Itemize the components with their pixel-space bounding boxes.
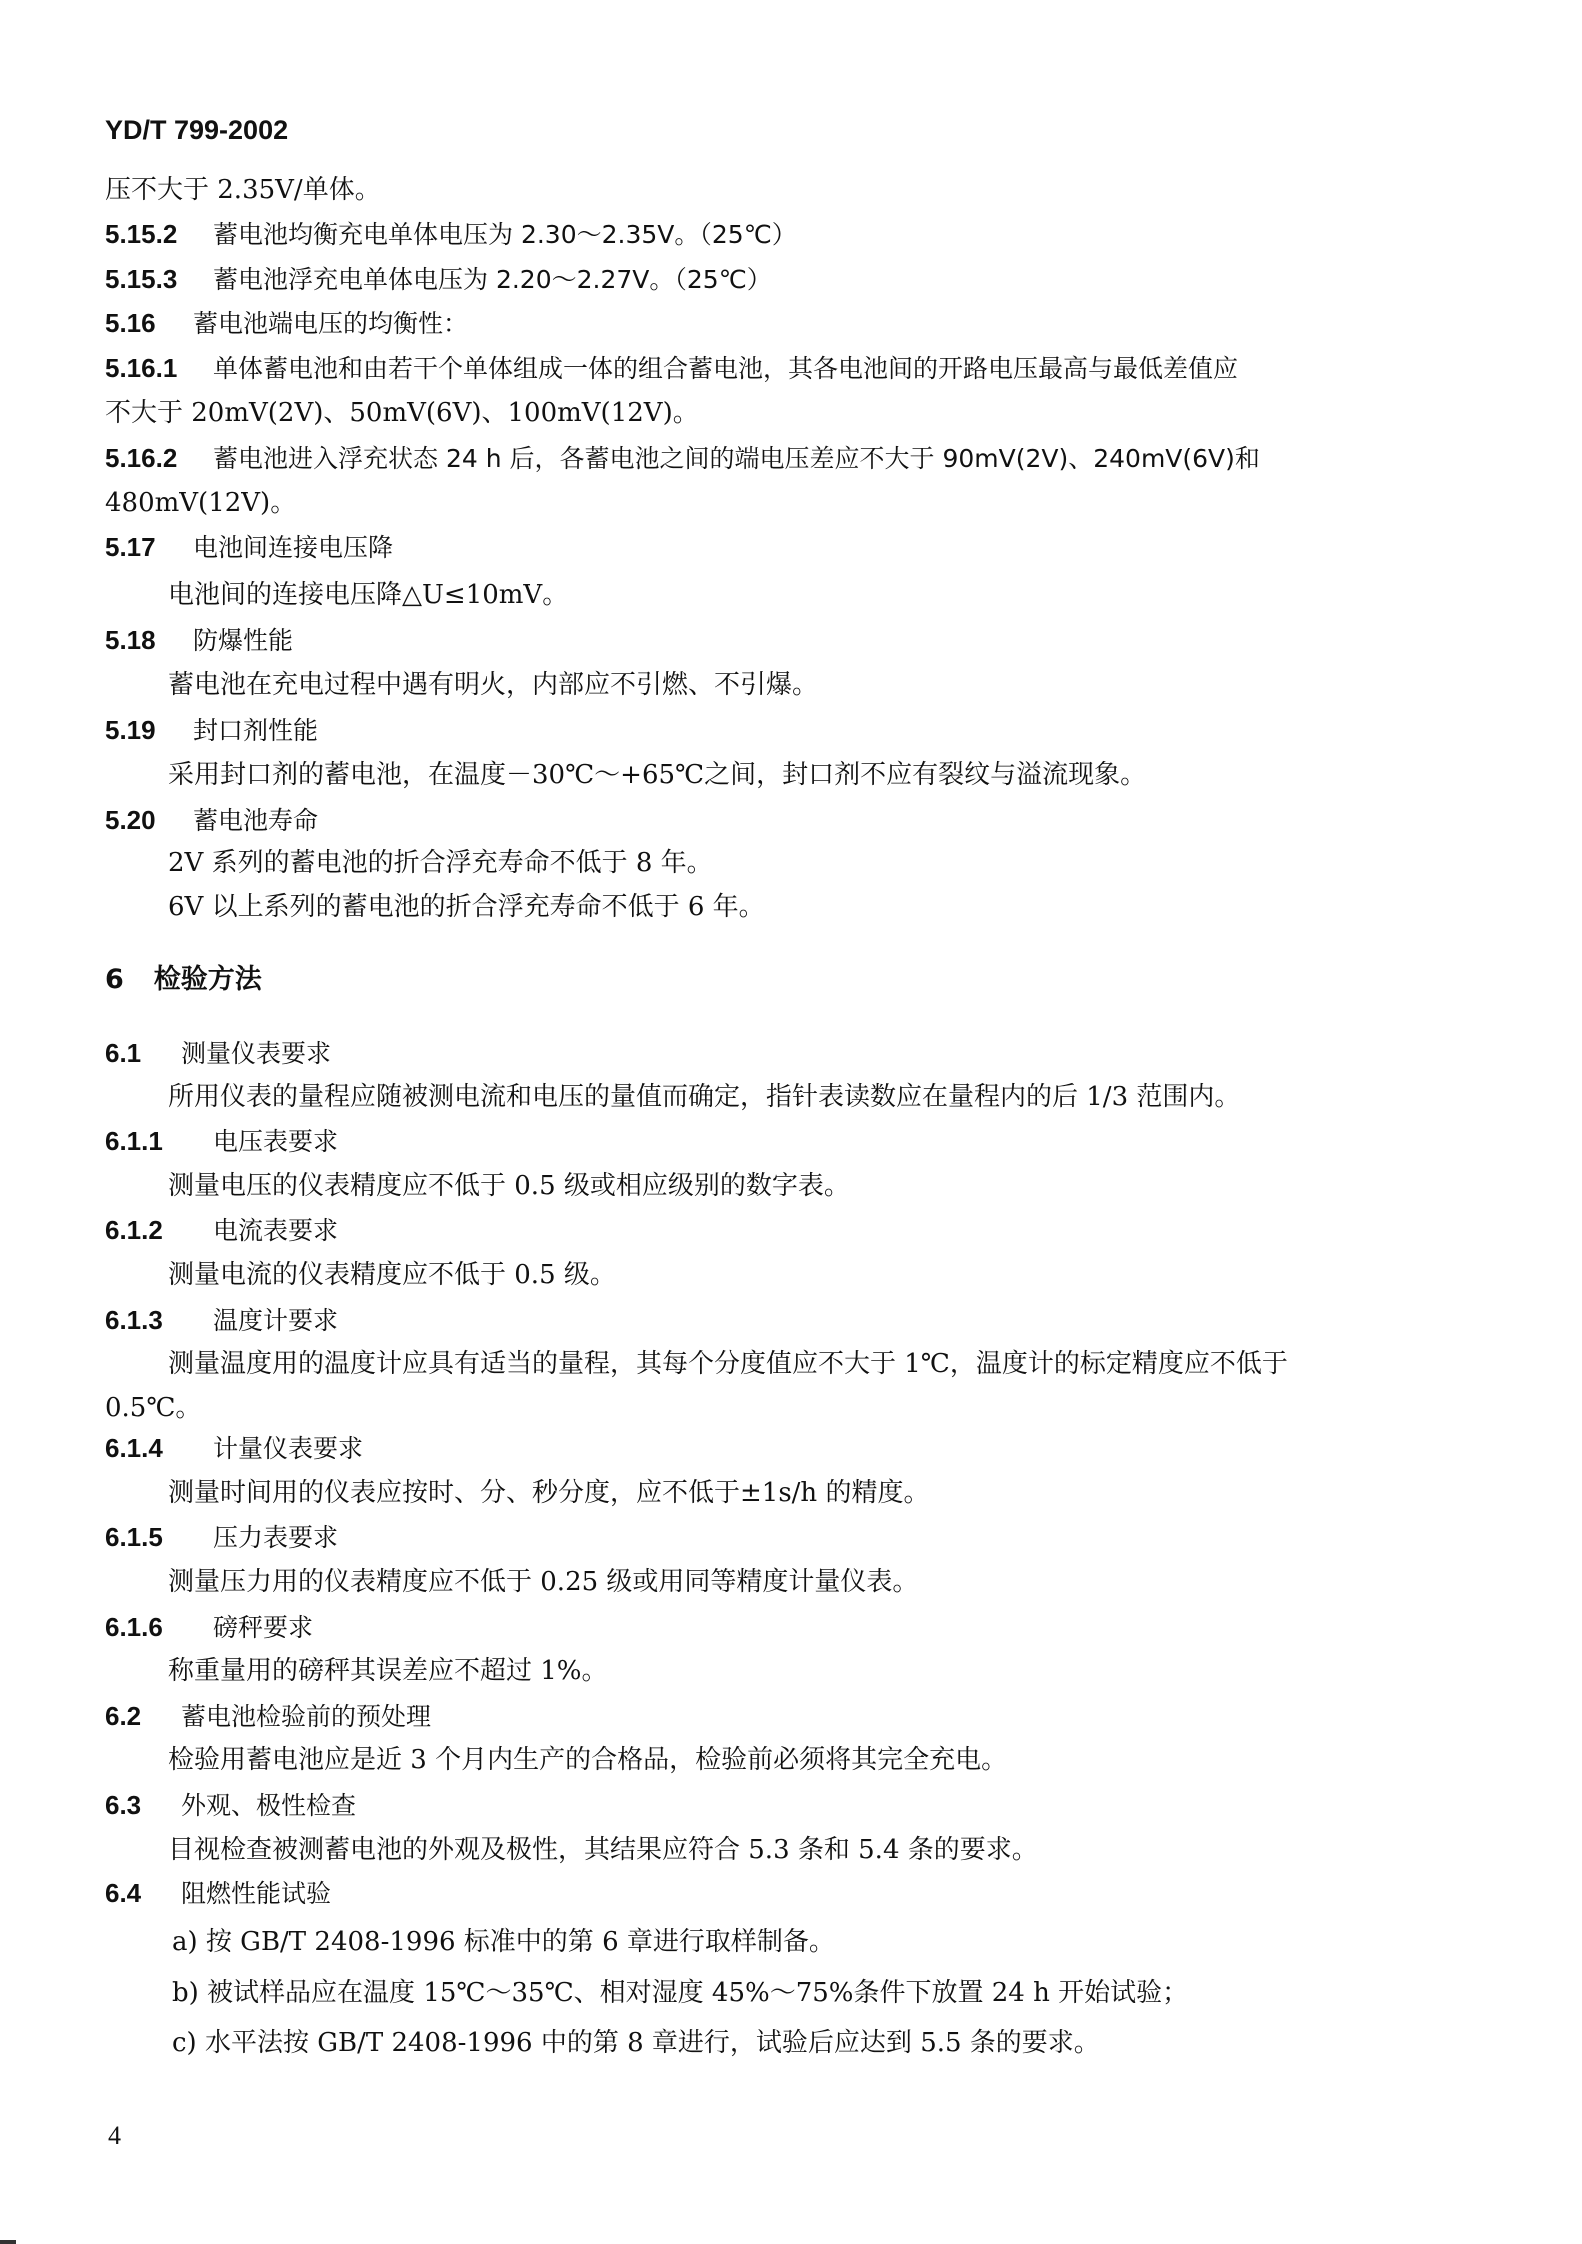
clause-number: 5.16.1 — [105, 351, 213, 385]
clause-number: 6.3 — [105, 1788, 181, 1822]
clause-line: 5.20蓄电池寿命 — [105, 803, 318, 838]
body-text-line: 压不大于 2.35V/单体。 — [105, 173, 381, 207]
body-text-line: 测量电压的仪表精度应不低于 0.5 级或相应级别的数字表。 — [168, 1169, 850, 1203]
scan-artifact — [0, 2240, 16, 2244]
clause-number: 6.1.4 — [105, 1431, 213, 1465]
paragraph-text: a) 按 GB/T 2408-1996 标准中的第 6 章进行取样制备。 — [172, 1927, 835, 1957]
clause-line: 6.1.6磅秤要求 — [105, 1610, 313, 1645]
clause-number: 6.1 — [105, 1036, 181, 1070]
clause-text: 蓄电池寿命 — [193, 806, 318, 835]
clause-text: 电压表要求 — [213, 1127, 338, 1156]
clause-line: 6.3外观、极性检查 — [105, 1788, 356, 1823]
paragraph-text: 480mV(12V)。 — [105, 488, 296, 518]
clause-number: 6.2 — [105, 1699, 181, 1733]
body-text-line: 测量电流的仪表精度应不低于 0.5 级。 — [168, 1258, 616, 1292]
clause-number: 6.4 — [105, 1876, 181, 1910]
body-text-line: 测量温度用的温度计应具有适当的量程，其每个分度值应不大于 1℃，温度计的标定精度… — [168, 1347, 1288, 1381]
chapter-title: 检验方法 — [154, 964, 262, 995]
clause-text: 电池间连接电压降 — [193, 533, 393, 562]
clause-line: 6.1.2电流表要求 — [105, 1213, 338, 1248]
clause-line: 5.18防爆性能 — [105, 623, 293, 658]
clause-number: 6.1.3 — [105, 1303, 213, 1337]
paragraph-text: 检验用蓄电池应是近 3 个月内生产的合格品，检验前必须将其完全充电。 — [168, 1745, 1007, 1775]
clause-line: 5.15.2蓄电池均衡充电单体电压为 2.30～2.35V。（25℃） — [105, 217, 797, 252]
paragraph-text: 测量电压的仪表精度应不低于 0.5 级或相应级别的数字表。 — [168, 1171, 850, 1201]
clause-line: 6.1测量仪表要求 — [105, 1036, 331, 1071]
clause-text: 防爆性能 — [193, 626, 293, 655]
page-number: 4 — [108, 2119, 121, 2153]
clause-text: 蓄电池检验前的预处理 — [181, 1702, 431, 1731]
clause-line: 6.1.1电压表要求 — [105, 1124, 338, 1159]
clause-line: 6.2蓄电池检验前的预处理 — [105, 1699, 431, 1734]
clause-number: 5.19 — [105, 713, 193, 747]
paragraph-text: 2V 系列的蓄电池的折合浮充寿命不低于 8 年。 — [168, 848, 713, 878]
body-text-line: 6V 以上系列的蓄电池的折合浮充寿命不低于 6 年。 — [168, 890, 765, 924]
clause-number: 6.1.1 — [105, 1124, 213, 1158]
clause-text: 外观、极性检查 — [181, 1791, 356, 1820]
paragraph-text: 目视检查被测蓄电池的外观及极性，其结果应符合 5.3 条和 5.4 条的要求。 — [168, 1835, 1038, 1865]
clause-number: 5.15.3 — [105, 262, 213, 296]
clause-text: 蓄电池端电压的均衡性： — [193, 309, 468, 338]
paragraph-text: 压不大于 2.35V/单体。 — [105, 175, 381, 205]
clause-line: 5.15.3蓄电池浮充电单体电压为 2.20～2.27V。（25℃） — [105, 262, 772, 297]
clause-text: 蓄电池进入浮充状态 24 h 后，各蓄电池之间的端电压差应不大于 90mV(2V… — [213, 444, 1260, 473]
clause-line: 5.17电池间连接电压降 — [105, 530, 393, 565]
clause-text: 蓄电池浮充电单体电压为 2.20～2.27V。（25℃） — [213, 265, 772, 294]
body-text-line: c) 水平法按 GB/T 2408-1996 中的第 8 章进行，试验后应达到 … — [172, 2026, 1100, 2060]
clause-line: 6.1.5压力表要求 — [105, 1520, 338, 1555]
clause-number: 5.17 — [105, 530, 193, 564]
clause-text: 磅秤要求 — [213, 1613, 313, 1642]
body-text-line: b) 被试样品应在温度 15℃～35℃、相对湿度 45%～75%条件下放置 24… — [172, 1976, 1188, 2010]
clause-number: 5.15.2 — [105, 217, 213, 251]
clause-text: 封口剂性能 — [193, 716, 318, 745]
body-text-line: 不大于 20mV(2V)、50mV(6V)、100mV(12V)。 — [105, 396, 699, 430]
body-text-line: 测量时间用的仪表应按时、分、秒分度，应不低于±1s/h 的精度。 — [168, 1476, 929, 1510]
clause-text: 蓄电池均衡充电单体电压为 2.30～2.35V。（25℃） — [213, 220, 797, 249]
clause-line: 6.1.3温度计要求 — [105, 1303, 338, 1338]
document-page: YD/T 799-2002 压不大于 2.35V/单体。5.15.2蓄电池均衡充… — [0, 0, 1582, 2244]
clause-line: 6.4阻燃性能试验 — [105, 1876, 331, 1911]
clause-line: 5.16蓄电池端电压的均衡性： — [105, 306, 468, 341]
chapter-heading: 6检验方法 — [105, 963, 262, 997]
body-text-line: 称重量用的磅秤其误差应不超过 1%。 — [168, 1654, 608, 1688]
body-text-line: 采用封口剂的蓄电池，在温度－30℃～+65℃之间，封口剂不应有裂纹与溢流现象。 — [168, 758, 1146, 792]
clause-number: 5.16.2 — [105, 441, 213, 475]
paragraph-text: 测量压力用的仪表精度应不低于 0.25 级或用同等精度计量仪表。 — [168, 1567, 918, 1597]
paragraph-text: 所用仪表的量程应随被测电流和电压的量值而确定，指针表读数应在量程内的后 1/3 … — [168, 1082, 1240, 1112]
clause-number: 5.20 — [105, 803, 193, 837]
paragraph-text: 测量时间用的仪表应按时、分、秒分度，应不低于±1s/h 的精度。 — [168, 1478, 929, 1508]
paragraph-text: 蓄电池在充电过程中遇有明火，内部应不引燃、不引爆。 — [168, 670, 818, 700]
body-text-line: 测量压力用的仪表精度应不低于 0.25 级或用同等精度计量仪表。 — [168, 1565, 918, 1599]
clause-number: 5.18 — [105, 623, 193, 657]
clause-line: 5.19封口剂性能 — [105, 713, 318, 748]
clause-line: 5.16.2蓄电池进入浮充状态 24 h 后，各蓄电池之间的端电压差应不大于 9… — [105, 441, 1260, 476]
clause-text: 温度计要求 — [213, 1306, 338, 1335]
body-text-line: 480mV(12V)。 — [105, 486, 296, 520]
body-text-line: 0.5℃。 — [105, 1391, 201, 1425]
paragraph-text: 采用封口剂的蓄电池，在温度－30℃～+65℃之间，封口剂不应有裂纹与溢流现象。 — [168, 760, 1146, 790]
body-text-line: a) 按 GB/T 2408-1996 标准中的第 6 章进行取样制备。 — [172, 1925, 835, 1959]
paragraph-text: 6V 以上系列的蓄电池的折合浮充寿命不低于 6 年。 — [168, 892, 765, 922]
chapter-number: 6 — [105, 964, 124, 995]
paragraph-text: 不大于 20mV(2V)、50mV(6V)、100mV(12V)。 — [105, 398, 699, 428]
paragraph-text: 测量温度用的温度计应具有适当的量程，其每个分度值应不大于 1℃，温度计的标定精度… — [168, 1349, 1288, 1379]
clause-text: 测量仪表要求 — [181, 1039, 331, 1068]
clause-number: 6.1.5 — [105, 1520, 213, 1554]
clause-text: 电流表要求 — [213, 1216, 338, 1245]
clause-number: 5.16 — [105, 306, 193, 340]
body-text-line: 蓄电池在充电过程中遇有明火，内部应不引燃、不引爆。 — [168, 668, 818, 702]
paragraph-text: 电池间的连接电压降△U≤10mV。 — [168, 580, 568, 610]
clause-number: 6.1.2 — [105, 1213, 213, 1247]
clause-text: 压力表要求 — [213, 1523, 338, 1552]
clause-number: 6.1.6 — [105, 1610, 213, 1644]
body-text-line: 目视检查被测蓄电池的外观及极性，其结果应符合 5.3 条和 5.4 条的要求。 — [168, 1833, 1038, 1867]
clause-line: 5.16.1单体蓄电池和由若干个单体组成一体的组合蓄电池，其各电池间的开路电压最… — [105, 351, 1238, 386]
paragraph-text: 称重量用的磅秤其误差应不超过 1%。 — [168, 1656, 608, 1686]
clause-text: 单体蓄电池和由若干个单体组成一体的组合蓄电池，其各电池间的开路电压最高与最低差值… — [213, 354, 1238, 383]
clause-text: 计量仪表要求 — [213, 1434, 363, 1463]
paragraph-text: 测量电流的仪表精度应不低于 0.5 级。 — [168, 1260, 616, 1290]
clause-text: 阻燃性能试验 — [181, 1879, 331, 1908]
body-text-line: 电池间的连接电压降△U≤10mV。 — [168, 578, 568, 612]
body-text-line: 检验用蓄电池应是近 3 个月内生产的合格品，检验前必须将其完全充电。 — [168, 1743, 1007, 1777]
paragraph-text: 0.5℃。 — [105, 1393, 201, 1423]
document-header-id: YD/T 799-2002 — [105, 113, 288, 147]
body-text-line: 所用仪表的量程应随被测电流和电压的量值而确定，指针表读数应在量程内的后 1/3 … — [168, 1080, 1240, 1114]
body-text-line: 2V 系列的蓄电池的折合浮充寿命不低于 8 年。 — [168, 846, 713, 880]
clause-line: 6.1.4计量仪表要求 — [105, 1431, 363, 1466]
paragraph-text: c) 水平法按 GB/T 2408-1996 中的第 8 章进行，试验后应达到 … — [172, 2028, 1100, 2058]
paragraph-text: b) 被试样品应在温度 15℃～35℃、相对湿度 45%～75%条件下放置 24… — [172, 1978, 1188, 2008]
